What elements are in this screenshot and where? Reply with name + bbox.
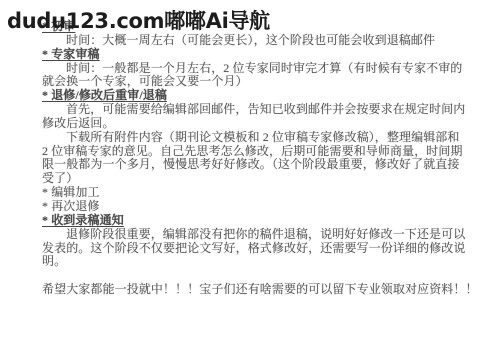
- document-body: * 初审时间：大概一周左右（可能会更长），这个阶段也可能会收到退稿邮件* 专家审…: [42, 20, 464, 297]
- doc-text-line: * 编辑加工: [42, 186, 464, 200]
- doc-text-line: 下载所有附件内容（期刊论文模板和 2 位审稿专家修改稿），整理编辑部和: [42, 131, 464, 145]
- doc-text-line: 修改后返回。: [42, 117, 464, 131]
- doc-heading-line: * 退修/修改后重审/退稿: [42, 89, 464, 103]
- doc-text-line: 受了）: [42, 172, 464, 186]
- doc-text-line: 时间：大概一周左右（可能会更长），这个阶段也可能会收到退稿邮件: [42, 34, 464, 48]
- doc-text-line: 退修阶段很重要，编辑部没有把你的稿件退稿，说明好好修改一下还是可以: [42, 228, 464, 242]
- document-page: dudu123.com嘟嘟Ai导航 * 初审时间：大概一周左右（可能会更长），这…: [0, 0, 500, 360]
- doc-text-line: 限一般都为一个多月，慢慢思考好好修改。（这个阶段最重要，修改好了就直接: [42, 158, 464, 172]
- doc-text-line: 首先，可能需要给编辑部回邮件，告知已收到邮件并会按要求在规定时间内: [42, 103, 464, 117]
- doc-text-line: 希望大家都能一投就中！！！宝子们还有啥需要的可以留下专业领取对应资料！！: [42, 283, 464, 297]
- doc-heading-line: * 专家审稿: [42, 48, 464, 62]
- doc-heading-line: * 收到录稿通知: [42, 214, 464, 228]
- doc-text-line: 发表的。这个阶段不仅要把论文写好，格式修改好，还需要写一份详细的修改说: [42, 242, 464, 256]
- doc-text-line: [42, 269, 464, 283]
- doc-text-line: 明。: [42, 255, 464, 269]
- dudu123-watermark-logo: dudu123.com嘟嘟Ai导航: [7, 5, 270, 35]
- doc-text-line: * 再次退修: [42, 200, 464, 214]
